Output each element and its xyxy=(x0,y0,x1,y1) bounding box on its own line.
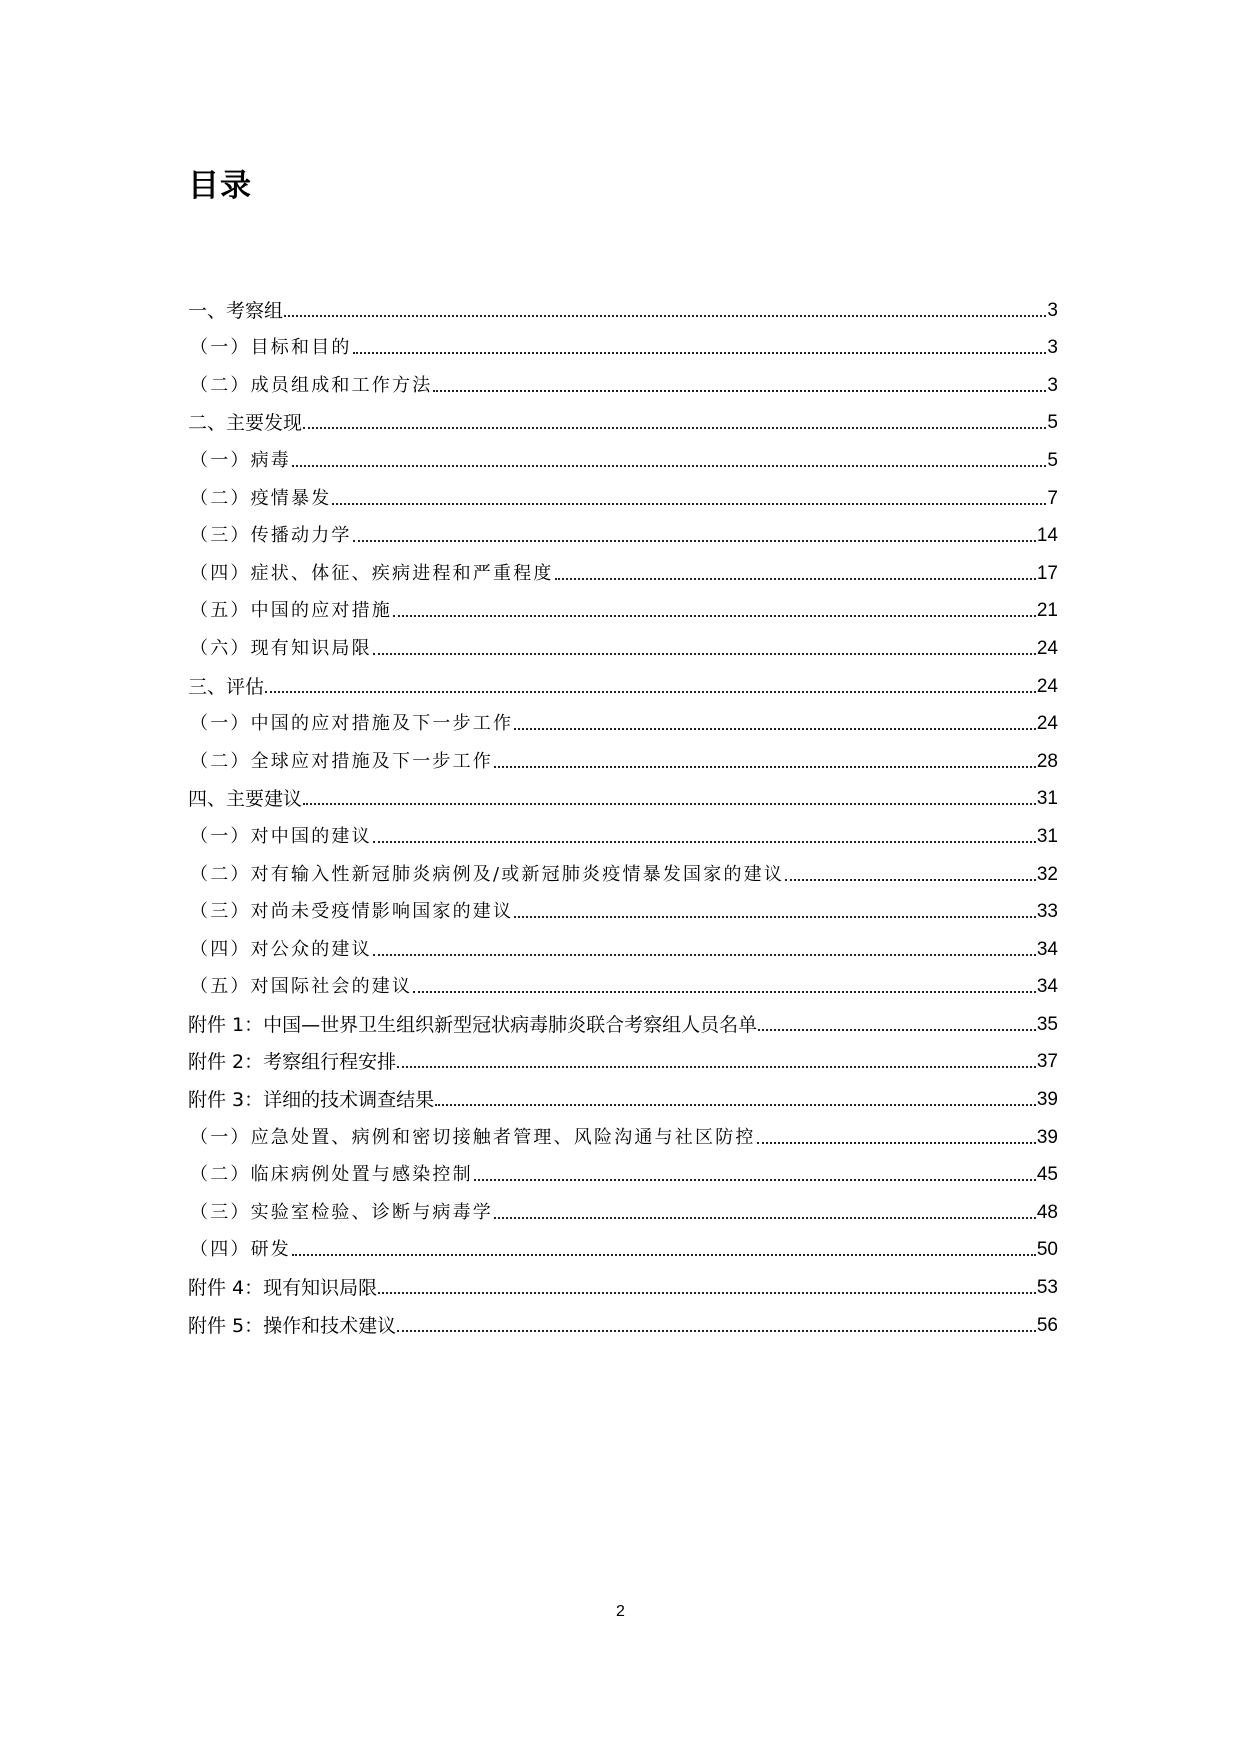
toc-entry-page: 24 xyxy=(1037,638,1058,660)
toc-entry-label: （一）对中国的建议 xyxy=(188,826,372,848)
dot-leader xyxy=(303,426,1046,429)
toc-entry-page: 32 xyxy=(1037,864,1058,886)
dot-leader xyxy=(757,1141,1036,1144)
toc-entry-page: 5 xyxy=(1047,450,1058,472)
dot-leader xyxy=(373,652,1036,655)
toc-entry-label: （二）成员组成和工作方法 xyxy=(188,375,432,397)
toc-entry-page: 3 xyxy=(1047,337,1058,359)
dot-leader xyxy=(332,502,1046,505)
toc-entry[interactable]: （四）研发50 xyxy=(188,1224,1058,1262)
dot-leader xyxy=(353,539,1036,542)
toc-entry-label: （二）疫情暴发 xyxy=(188,488,331,510)
dot-leader xyxy=(474,1178,1036,1181)
toc-entry-label: 二、主要发现 xyxy=(188,412,302,434)
toc-entry-label: （三）传播动力学 xyxy=(188,525,352,547)
toc-entry-page: 5 xyxy=(1047,412,1058,434)
dot-leader xyxy=(494,765,1036,768)
toc-entry-label: （六）现有知识局限 xyxy=(188,638,372,660)
toc-entry[interactable]: （一）对中国的建议31 xyxy=(188,810,1058,848)
dot-leader xyxy=(785,878,1036,881)
toc-entry[interactable]: 附件 2：考察组行程安排37 xyxy=(188,1036,1058,1074)
dot-leader xyxy=(353,351,1047,354)
toc-entry-page: 24 xyxy=(1037,676,1058,698)
toc-entry-label: 附件 3：详细的技术调查结果 xyxy=(188,1089,434,1111)
toc-entry[interactable]: （五）对国际社会的建议34 xyxy=(188,961,1058,999)
toc-entry[interactable]: （三）传播动力学14 xyxy=(188,510,1058,548)
toc-entry[interactable]: （四）对公众的建议34 xyxy=(188,923,1058,961)
dot-leader xyxy=(284,314,1046,317)
toc-entry-label: （二）对有输入性新冠肺炎病例及/或新冠肺炎疫情暴发国家的建议 xyxy=(188,864,784,886)
dot-leader xyxy=(494,1216,1036,1219)
toc-entry-page: 56 xyxy=(1037,1315,1058,1337)
toc-entry-page: 48 xyxy=(1037,1202,1058,1224)
toc-entry-page: 31 xyxy=(1037,826,1058,848)
toc-entry[interactable]: （五）中国的应对措施21 xyxy=(188,585,1058,623)
toc-entry[interactable]: （一）应急处置、病例和密切接触者管理、风险沟通与社区防控39 xyxy=(188,1111,1058,1149)
toc-entry-page: 7 xyxy=(1047,488,1058,510)
toc-entry[interactable]: （二）全球应对措施及下一步工作28 xyxy=(188,735,1058,773)
dot-leader xyxy=(435,1103,1036,1106)
toc-entry[interactable]: （一）目标和目的3 xyxy=(188,322,1058,360)
toc-entry-label: （一）目标和目的 xyxy=(188,337,352,359)
toc-entry-label: 附件 2：考察组行程安排 xyxy=(188,1051,396,1073)
toc-entry-label: （五）对国际社会的建议 xyxy=(188,976,412,998)
toc-entry-page: 37 xyxy=(1037,1051,1058,1073)
toc-entry-label: 附件 5：操作和技术建议 xyxy=(188,1315,396,1337)
toc-entry-page: 35 xyxy=(1037,1014,1058,1036)
toc-entry[interactable]: 附件 1：中国—世界卫生组织新型冠状病毒肺炎联合考察组人员名单35 xyxy=(188,998,1058,1036)
toc-entry-label: （三）实验室检验、诊断与病毒学 xyxy=(188,1202,493,1224)
dot-leader xyxy=(758,1028,1036,1031)
page-title: 目录 xyxy=(188,160,252,205)
toc-entry-label: （一）应急处置、病例和密切接触者管理、风险沟通与社区防控 xyxy=(188,1127,756,1149)
toc-entry-page: 14 xyxy=(1037,525,1058,547)
toc-entry-page: 28 xyxy=(1037,751,1058,773)
dot-leader xyxy=(303,802,1036,805)
dot-leader xyxy=(265,690,1036,693)
toc-entry-label: 四、主要建议 xyxy=(188,788,302,810)
dot-leader xyxy=(514,915,1036,918)
toc-entry[interactable]: （六）现有知识局限24 xyxy=(188,622,1058,660)
toc-entry-page: 3 xyxy=(1047,300,1058,322)
toc-entry-page: 53 xyxy=(1037,1277,1058,1299)
dot-leader xyxy=(373,953,1036,956)
toc-entry-page: 45 xyxy=(1037,1164,1058,1186)
toc-entry-label: （四）对公众的建议 xyxy=(188,939,372,961)
page-number: 2 xyxy=(0,1603,1241,1621)
toc-entry[interactable]: （三）实验室检验、诊断与病毒学48 xyxy=(188,1186,1058,1224)
toc-entry[interactable]: 四、主要建议31 xyxy=(188,773,1058,811)
toc-entry[interactable]: （一）病毒5 xyxy=(188,434,1058,472)
toc-entry-page: 34 xyxy=(1037,976,1058,998)
toc-entry-label: 附件 1：中国—世界卫生组织新型冠状病毒肺炎联合考察组人员名单 xyxy=(188,1014,757,1036)
dot-leader xyxy=(292,464,1046,467)
toc-entry[interactable]: 附件 3：详细的技术调查结果39 xyxy=(188,1073,1058,1111)
toc-entry-page: 3 xyxy=(1047,375,1058,397)
toc-entry[interactable]: 三、评估24 xyxy=(188,660,1058,698)
toc-entry-page: 39 xyxy=(1037,1089,1058,1111)
toc-entry-page: 33 xyxy=(1037,901,1058,923)
toc-entry[interactable]: （二）临床病例处置与感染控制45 xyxy=(188,1149,1058,1187)
dot-leader xyxy=(413,990,1036,993)
toc-entry-label: （五）中国的应对措施 xyxy=(188,600,392,622)
toc-entry[interactable]: （二）疫情暴发7 xyxy=(188,472,1058,510)
dot-leader xyxy=(393,614,1036,617)
toc-entry-label: （四）研发 xyxy=(188,1239,291,1261)
toc-entry-page: 34 xyxy=(1037,939,1058,961)
toc-entry-label: 附件 4：现有知识局限 xyxy=(188,1277,377,1299)
dot-leader xyxy=(292,1253,1036,1256)
toc-entry-label: （一）中国的应对措施及下一步工作 xyxy=(188,713,513,735)
dot-leader xyxy=(397,1065,1036,1068)
toc-entry-label: （二）全球应对措施及下一步工作 xyxy=(188,751,493,773)
toc-entry[interactable]: 附件 5：操作和技术建议56 xyxy=(188,1299,1058,1337)
toc-entry[interactable]: （二）成员组成和工作方法3 xyxy=(188,359,1058,397)
toc-entry-page: 17 xyxy=(1037,563,1058,585)
toc-entry[interactable]: 一、考察组3 xyxy=(188,284,1058,322)
dot-leader xyxy=(397,1329,1036,1332)
toc-entry-page: 50 xyxy=(1037,1239,1058,1261)
toc-entry-page: 24 xyxy=(1037,713,1058,735)
dot-leader xyxy=(555,577,1036,580)
toc-entry-label: 一、考察组 xyxy=(188,300,283,322)
toc-entry-page: 39 xyxy=(1037,1127,1058,1149)
toc-entry[interactable]: （一）中国的应对措施及下一步工作24 xyxy=(188,698,1058,736)
toc-entry-label: （一）病毒 xyxy=(188,450,291,472)
toc-entry[interactable]: 二、主要发现5 xyxy=(188,397,1058,435)
toc-entry[interactable]: （二）对有输入性新冠肺炎病例及/或新冠肺炎疫情暴发国家的建议32 xyxy=(188,848,1058,886)
toc-entry-page: 21 xyxy=(1037,600,1058,622)
toc-entry[interactable]: 附件 4：现有知识局限53 xyxy=(188,1261,1058,1299)
dot-leader xyxy=(514,727,1036,730)
dot-leader xyxy=(373,840,1036,843)
dot-leader xyxy=(378,1291,1036,1294)
toc-entry[interactable]: （四）症状、体征、疾病进程和严重程度17 xyxy=(188,547,1058,585)
toc-entry-label: （二）临床病例处置与感染控制 xyxy=(188,1164,473,1186)
table-of-contents: 一、考察组3（一）目标和目的3（二）成员组成和工作方法3二、主要发现5（一）病毒… xyxy=(188,284,1058,1337)
toc-entry-page: 31 xyxy=(1037,788,1058,810)
toc-entry-label: （三）对尚未受疫情影响国家的建议 xyxy=(188,901,513,923)
toc-entry-label: （四）症状、体征、疾病进程和严重程度 xyxy=(188,563,554,585)
toc-entry-label: 三、评估 xyxy=(188,676,264,698)
dot-leader xyxy=(433,389,1046,392)
toc-entry[interactable]: （三）对尚未受疫情影响国家的建议33 xyxy=(188,886,1058,924)
